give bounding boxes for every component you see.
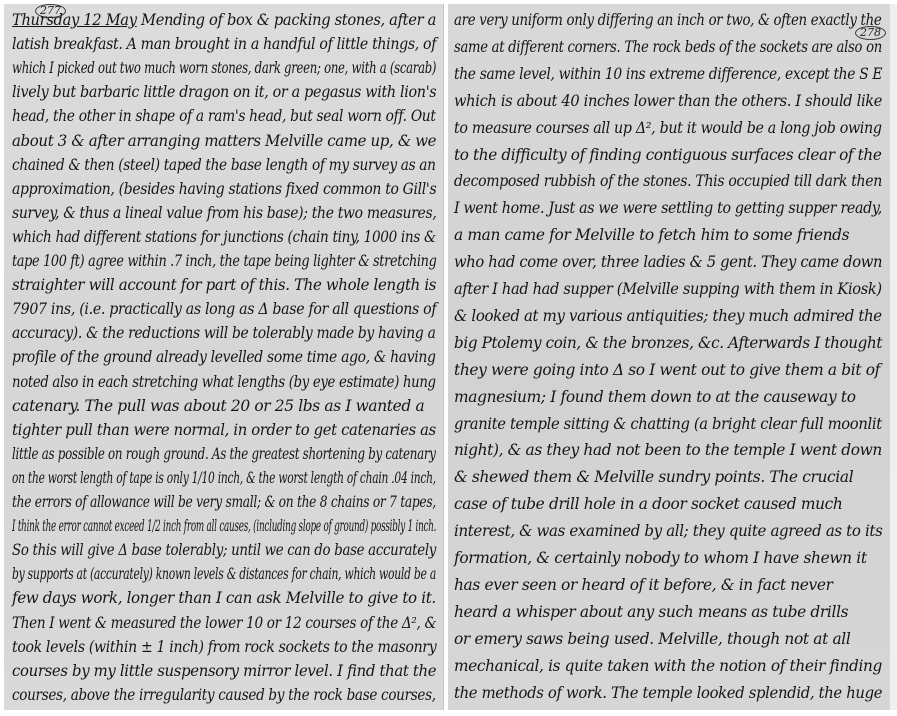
handwritten-line: accuracy). & the reductions will be tole… (12, 323, 436, 343)
handwritten-line: decomposed rubbish of the stones. This o… (454, 171, 882, 191)
right-page: 278 are very uniform only differing an i… (448, 4, 890, 710)
handwritten-line: courses, above the irregularity caused b… (12, 685, 436, 705)
handwritten-line: to the difficulty of finding contiguous … (454, 145, 881, 165)
handwritten-line: & looked at my various antiquities; they… (454, 306, 882, 326)
handwritten-line: the errors of allowance will be very sma… (12, 492, 436, 512)
handwritten-line: I went home. Just as we were settling to… (454, 198, 882, 218)
handwritten-line: straighter will account for part of this… (12, 275, 436, 295)
handwritten-line: big Ptolemy coin, & the bronzes, &c. Aft… (454, 333, 882, 353)
handwritten-line: which I picked out two much worn stones,… (12, 58, 436, 78)
handwritten-line: 7907 ins, (i.e. practically as long as Δ… (12, 299, 436, 319)
handwritten-line: latish breakfast. A man brought in a han… (12, 34, 436, 54)
handwritten-line: heard a whisper about any such means as … (454, 602, 848, 622)
handwritten-line: by supports at (accurately) known levels… (12, 564, 436, 584)
handwritten-line: Thursday 12 May Mending of box & packing… (12, 10, 436, 30)
handwritten-line: So this will give Δ base tolerably; unti… (12, 540, 436, 560)
handwritten-line: they were going into Δ so I went out to … (454, 360, 880, 380)
handwritten-line: night), & as they had not been to the te… (454, 440, 882, 460)
date-heading: Thursday 12 May (12, 11, 137, 29)
handwritten-line: which is about 40 inches lower than the … (454, 91, 882, 111)
handwritten-line: lively but barbaric little dragon on it,… (12, 82, 436, 102)
handwritten-line: catenary. The pull was about 20 or 25 lb… (12, 396, 424, 416)
handwritten-line: granite temple sitting & chatting (a bri… (454, 414, 882, 434)
handwritten-line: same at different corners. The rock beds… (454, 37, 882, 57)
handwritten-line: about 3 & after arranging matters Melvil… (12, 131, 436, 151)
handwritten-line: approximation, (besides having stations … (12, 179, 436, 199)
handwritten-line: after I had had supper (Melville supping… (454, 279, 882, 299)
handwritten-line: tighter pull than were normal, in order … (12, 420, 436, 440)
handwritten-line: to measure courses all up Δ², but it wou… (454, 118, 882, 138)
handwritten-line: Then I went & measured the lower 10 or 1… (12, 613, 436, 633)
diary-spread: 277 Thursday 12 May Mending of box & pac… (0, 0, 897, 716)
handwritten-line: head, the other in shape of a ram's head… (12, 106, 436, 126)
handwritten-line: little as possible on rough ground. As t… (12, 444, 436, 464)
handwritten-line: the same level, within 10 ins extreme di… (454, 64, 882, 84)
handwritten-line: who had come over, three ladies & 5 gent… (454, 252, 882, 272)
handwritten-line: magnesium; I found them down to at the c… (454, 387, 856, 407)
handwritten-line: took levels (within ± 1 inch) from rock … (12, 637, 436, 657)
handwritten-line: which had different stations for junctio… (12, 227, 436, 247)
handwritten-line: profile of the ground already levelled s… (12, 347, 436, 367)
handwritten-line: the methods of work. The temple looked s… (454, 683, 882, 703)
handwritten-line: interest, & was examined by all; they qu… (454, 521, 882, 541)
handwritten-line: courses by my little suspensory mirror l… (12, 661, 436, 681)
handwritten-line: on the worst length of tape is only 1/10… (12, 468, 436, 488)
handwritten-line: formation, & certainly nobody to whom I … (454, 548, 867, 568)
handwritten-line: survey, & thus a lineal value from his b… (12, 203, 436, 223)
handwritten-line: chained & then (steel) taped the base le… (12, 155, 436, 175)
page-edge (890, 4, 897, 710)
handwritten-line: or emery saws being used. Melville, thou… (454, 629, 850, 649)
handwritten-line: I think the error cannot exceed 1/2 inch… (12, 516, 436, 536)
handwritten-line: mechanical, is quite taken with the noti… (454, 656, 882, 676)
left-page: 277 Thursday 12 May Mending of box & pac… (4, 4, 444, 710)
handwritten-line: are very uniform only differing an inch … (454, 10, 881, 30)
handwritten-line: & shewed them & Melville sundry points. … (454, 467, 853, 487)
handwritten-line: has ever seen or heard of it before, & i… (454, 575, 833, 595)
handwritten-line: tape 100 ft) agree within .7 inch, the t… (12, 251, 437, 271)
handwritten-line: case of tube drill hole in a door socket… (454, 494, 843, 514)
handwritten-line: a man came for Melville to fetch him to … (454, 225, 849, 245)
handwritten-line: few days work, longer than I can ask Mel… (12, 588, 436, 608)
handwritten-line: noted also in each stretching what lengt… (12, 372, 436, 392)
